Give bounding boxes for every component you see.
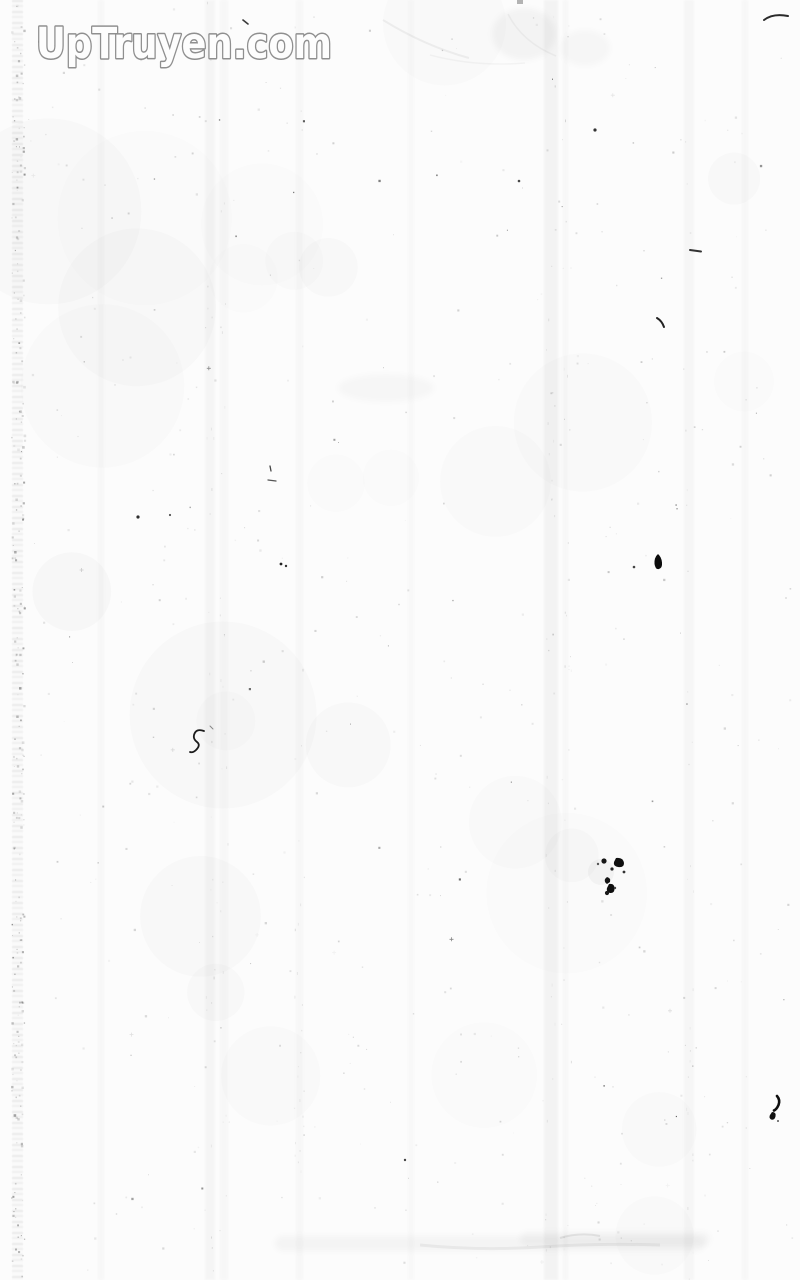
crease-smudge <box>492 8 556 60</box>
scan-streak <box>544 0 558 1280</box>
scan-artifacts <box>0 0 800 1280</box>
ink-blot-cluster <box>588 858 625 895</box>
scan-streak <box>220 0 228 1280</box>
bottom-smudge-band <box>520 1232 710 1246</box>
watermark: UpTruyen.com <box>28 12 348 76</box>
crease-smudge <box>560 30 610 66</box>
top-right-stroke <box>764 15 788 20</box>
crease-lines <box>383 14 556 64</box>
left-scan-edge <box>12 0 23 1280</box>
scan-streak <box>563 0 568 1280</box>
bottom-smudge-band <box>275 1236 705 1251</box>
scan-streak <box>684 0 694 1280</box>
scanned-comic-page: UpTruyen.com <box>0 0 800 1280</box>
watermark-text: UpTruyen.com <box>36 19 332 69</box>
ink-drop <box>633 554 662 569</box>
scan-streak <box>408 0 414 1280</box>
small-marks <box>136 128 701 1161</box>
scan-streak <box>296 0 303 1280</box>
scan-noise-texture <box>0 0 800 1280</box>
corner-squiggle <box>769 1096 779 1122</box>
scan-streak <box>98 0 104 1280</box>
top-edge-notch <box>517 0 523 4</box>
scan-streak <box>742 0 748 1280</box>
bottom-wisps <box>420 1234 660 1248</box>
pen-squiggle <box>190 726 213 752</box>
paper-smudge <box>338 374 434 402</box>
scan-streak <box>205 0 215 1280</box>
